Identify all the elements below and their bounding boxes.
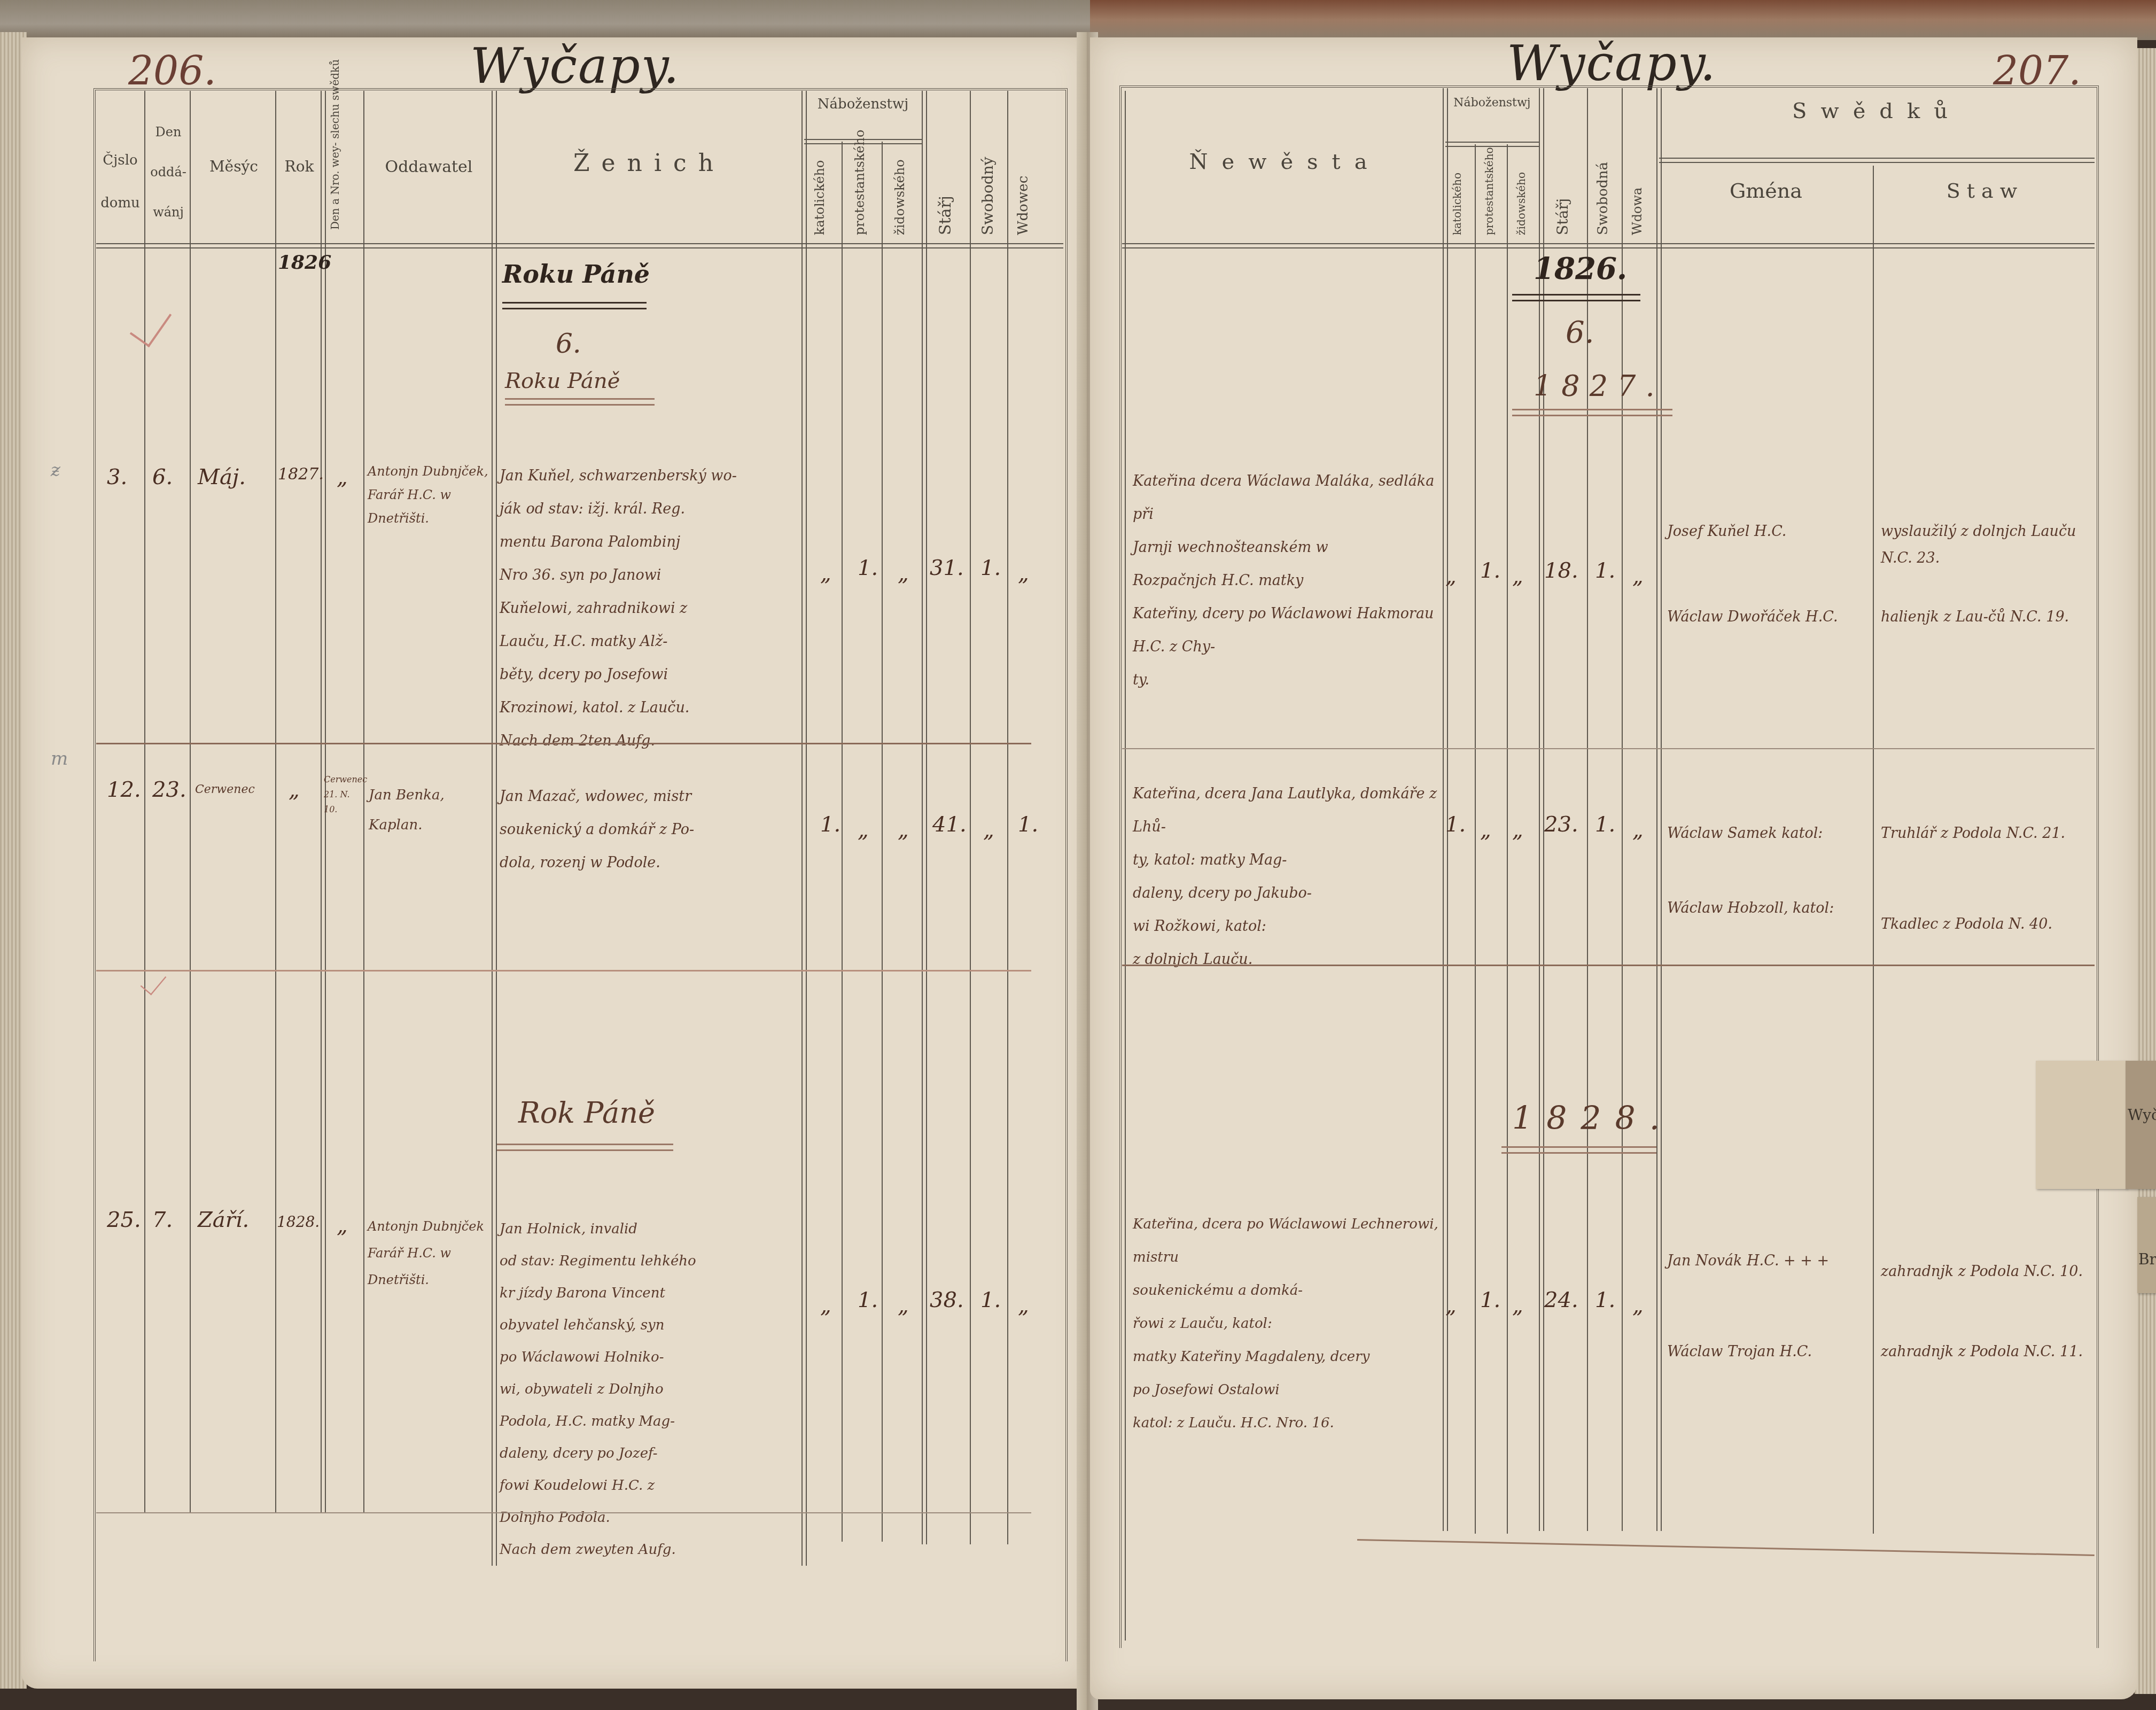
header-katolickeho: katolického [812,155,827,235]
entry-3-rok: 1828. [277,1213,320,1231]
header-nabozenstwj: Náboženstwj [804,96,922,112]
entry-separator [1122,965,2095,966]
entry-1-weyslechu: „ [337,465,348,489]
header-den-oddavani: Den oddá- wánj [147,112,190,232]
entry-1-oddawatel: Antonjn Dubnjček, Farář H.C. w Dnetřišti… [368,460,491,530]
entry-3-wdowa: „ [1632,1293,1644,1318]
entry-1-zidowskeho: „ [898,561,909,586]
header-swobodny: Swobodný [979,144,997,235]
entry-2-rok: „ [289,778,300,802]
entry-2-wdowec: 1. [1018,812,1038,837]
entry-1-nev-katolicke: „ [1445,564,1457,588]
entry-1-swobodna: 1. [1595,558,1615,583]
entry-3-weyslechu: „ [337,1213,348,1238]
year-underline [1501,1146,1656,1154]
religion-subdivider [1445,142,1539,147]
entry-1-nev-protestantske: 1. [1480,558,1500,583]
year-1828-note: 1828. [1512,1101,1674,1136]
entry-1-witness-1-staw: wyslaužilý z dolnjch Lauču N.C. 23. [1881,518,2089,572]
entry-2-witness-1-staw: Truhlář z Podola N.C. 21. [1881,818,2089,850]
header-gmena: Gména [1659,179,1873,203]
bookmark-tab-wyc[interactable]: Wyč [2126,1061,2156,1189]
rok-panie-note: Rok Páně [518,1095,655,1131]
entry-3-nev-katolicke: „ [1445,1293,1457,1318]
header-mesyc: Měsýc [192,158,275,175]
header-wdowa: Wdowa [1630,155,1645,235]
year-1826-note-right: 1826. [1534,251,1627,286]
entry-2-newesta: Kateřina, dcera Jana Lautlyka, domkáře z… [1133,778,1440,976]
bookmark-tab-label: Br [2138,1250,2156,1268]
header-staw: Staw [1875,179,2095,203]
header-zenich: Ženich [497,150,801,177]
entry-2-nev-stari: 23. [1544,812,1578,837]
col-divider [1007,91,1008,1544]
col-divider [144,91,145,1512]
col-divider [1475,144,1476,1534]
year-1826-note: 1826 [278,251,331,274]
entry-3-swobodny: 1. [980,1288,1001,1312]
bookmark-tab-label: Wyč [2128,1106,2156,1124]
entry-3-newesta: Kateřina, dcera po Wáclawowi Lechnerowi,… [1133,1208,1440,1440]
col-divider [1507,144,1508,1534]
entry-1-swobodny: 1. [980,556,1001,580]
entry-1-mesyc: Máj. [198,465,246,489]
margin-mark: m [51,748,68,770]
entry-separator [96,1512,1031,1513]
header-swedku: Swědků [1659,99,2095,123]
entry-1-zenich: Jan Kuňel, schwarzenberský wo- ják od st… [500,460,799,758]
entry-3-swobodna: 1. [1595,1288,1615,1312]
entry-2-nev-katolicke: 1. [1445,812,1466,837]
col-divider [1587,88,1588,1531]
bookmark-tab-br[interactable]: Br [2137,1197,2156,1293]
entry-1-nev-stari: 18. [1544,558,1578,583]
year-1827-note: 1827. [1534,369,1664,404]
entry-3-witness-1-name: Jan Novák H.C. + + + [1667,1245,1870,1277]
entry-2-witness-1-name: Wáclaw Samek katol: [1667,818,1870,850]
entry-3-nev-stari: 24. [1544,1288,1578,1312]
numeral-6-note-right: 6. [1566,315,1594,351]
col-divider [801,91,807,1566]
entry-3-mesyc: Září. [198,1208,249,1232]
entry-1-protestantskeho: 1. [858,556,878,580]
entry-2-protestantskeho: „ [858,818,869,842]
header-rok: Rok [278,158,321,175]
header-divider [96,243,1063,248]
numeral-6-note: 6. [556,326,581,361]
entry-2-witness-2-staw: Tkadlec z Podola N. 40. [1881,908,2089,941]
header-cislo-domu: Čjslo domu [96,139,144,224]
entry-separator [1122,748,2095,749]
header-weyslechu: Den a Nro. wey- slechu swědků [329,102,361,230]
col-divider [275,91,276,1512]
note-underline [497,1144,673,1151]
entry-1-rok: 1827. [278,465,324,484]
year-underline [1512,409,1672,416]
col-divider [1622,88,1623,1531]
entry-2-weyslechu: Cerwenec 21. N. 10. [324,772,361,817]
margin-mark: ƶ [51,460,60,481]
roku-panie-heading: Roku Páně [502,256,650,292]
year-underline [1512,294,1640,301]
entry-1-katolickeho: „ [820,561,831,586]
entry-1-wdowa: „ [1632,564,1644,588]
col-divider [1539,88,1544,1531]
note-underline [505,398,655,406]
entry-1-nev-zidowske: „ [1512,564,1523,588]
header-zidowskeho: židowského [892,155,907,235]
entry-3-den: 7. [152,1208,173,1232]
entry-3-katolickeho: „ [820,1293,831,1318]
header-nabozenstwj: Náboženstwj [1445,96,1539,110]
entry-3-protestantskeho: 1. [858,1288,878,1312]
left-page: 206. Wyčapy. Čjslo domu Den oddá- wánj M… [21,37,1090,1689]
entry-1-witness-2-staw: halienjk z Lau-čů N.C. 19. [1881,604,2089,631]
entry-2-nev-zidowske: „ [1512,818,1523,842]
header-swobodna: Swobodná [1595,150,1611,235]
entry-2-wdowa: „ [1632,818,1644,842]
col-divider [970,91,971,1544]
entry-2-oddawatel: Jan Benka, Kaplan. [369,780,492,840]
page-title-right: Wyčapy. [1507,35,1717,92]
entry-3-cislo-domu: 25. [107,1208,141,1232]
entry-1-den: 6. [152,465,173,489]
entry-2-mesyc: Cerwenec [195,772,255,807]
page-stack-right [2135,48,2156,1694]
entry-2-swobodna: 1. [1595,812,1615,837]
entry-2-cislo-domu: 12. [107,778,141,802]
col-divider [1873,166,1874,1534]
header-oddawatel: Oddawatel [366,158,492,176]
header-protestantskeho: protestantského [1483,155,1496,235]
entry-1-stari: 31. [930,556,964,580]
entry-1-wdowec: „ [1018,561,1029,586]
entry-3-nev-protestantske: 1. [1480,1288,1500,1312]
witness-subdivider [1659,158,2095,163]
entry-2-katolickeho: 1. [820,812,840,837]
col-divider [1125,91,1126,1641]
entry-2-swobodny: „ [983,818,994,842]
entry-2-nev-protestantske: „ [1480,818,1491,842]
entry-separator [96,970,1031,971]
header-katolickeho: katolického [1451,155,1464,235]
header-wdowec: Wdowec [1015,155,1031,235]
entry-3-witness-2-name: Wáclaw Trojan H.C. [1667,1336,1870,1368]
entry-3-witness-2-staw: zahradnjk z Podola N.C. 11. [1881,1336,2089,1368]
entry-3-oddawatel: Antonjn Dubnjček Farář H.C. w Dnetřišti. [368,1213,491,1293]
col-divider [1656,88,1662,1531]
entry-1-witness-1-name: Josef Kuňel H.C. [1667,518,1870,545]
page-title-left: Wyčapy. [470,37,680,95]
entry-1-newesta: Kateřina dcera Wáclawa Maláka, sedláka p… [1133,465,1440,697]
entry-3-witness-1-staw: zahradnjk z Podola N.C. 10. [1881,1256,2089,1288]
col-divider [492,91,497,1566]
book-top-edge-right [1090,0,2156,40]
header-stari: Stářj [1554,176,1571,235]
header-protestantskeho: protestantského [852,155,867,235]
entry-2-witness-2-name: Wáclaw Hobzoll, katol: [1667,892,1870,924]
entry-separator [96,743,1031,744]
entry-1-cislo-domu: 3. [107,465,127,489]
entry-3-wdowec: „ [1018,1293,1029,1318]
header-stari: Stářj [936,176,955,235]
bookmark-tab-paper[interactable] [2036,1061,2127,1189]
header-divider [1122,243,2095,248]
entry-3-stari: 38. [930,1288,964,1312]
col-divider [363,91,364,1512]
entry-1-witness-2-name: Wáclaw Dwořáček H.C. [1667,604,1870,631]
col-divider [190,91,191,1512]
entry-2-zenich: Jan Mazač, wdowec, mistr soukenický a do… [500,780,799,880]
entry-2-den: 23. [152,778,186,802]
header-zidowskeho: židowského [1515,155,1528,235]
col-divider [842,142,843,1542]
col-divider [882,142,883,1542]
heading-underline [502,302,647,309]
col-divider [922,91,927,1544]
roku-panie-note: Roku Páně [505,363,620,399]
header-newesta: Ňewěsta [1127,150,1443,174]
entry-2-stari: 41. [932,812,967,837]
entry-2-zidowskeho: „ [898,818,909,842]
entry-3-zidowskeho: „ [898,1293,909,1318]
entry-3-nev-zidowske: „ [1512,1293,1523,1318]
right-page: Wyčapy. 207. Ňewěsta Náboženstwj katolic… [1090,37,2137,1699]
folio-number-left: 206. [128,48,216,94]
